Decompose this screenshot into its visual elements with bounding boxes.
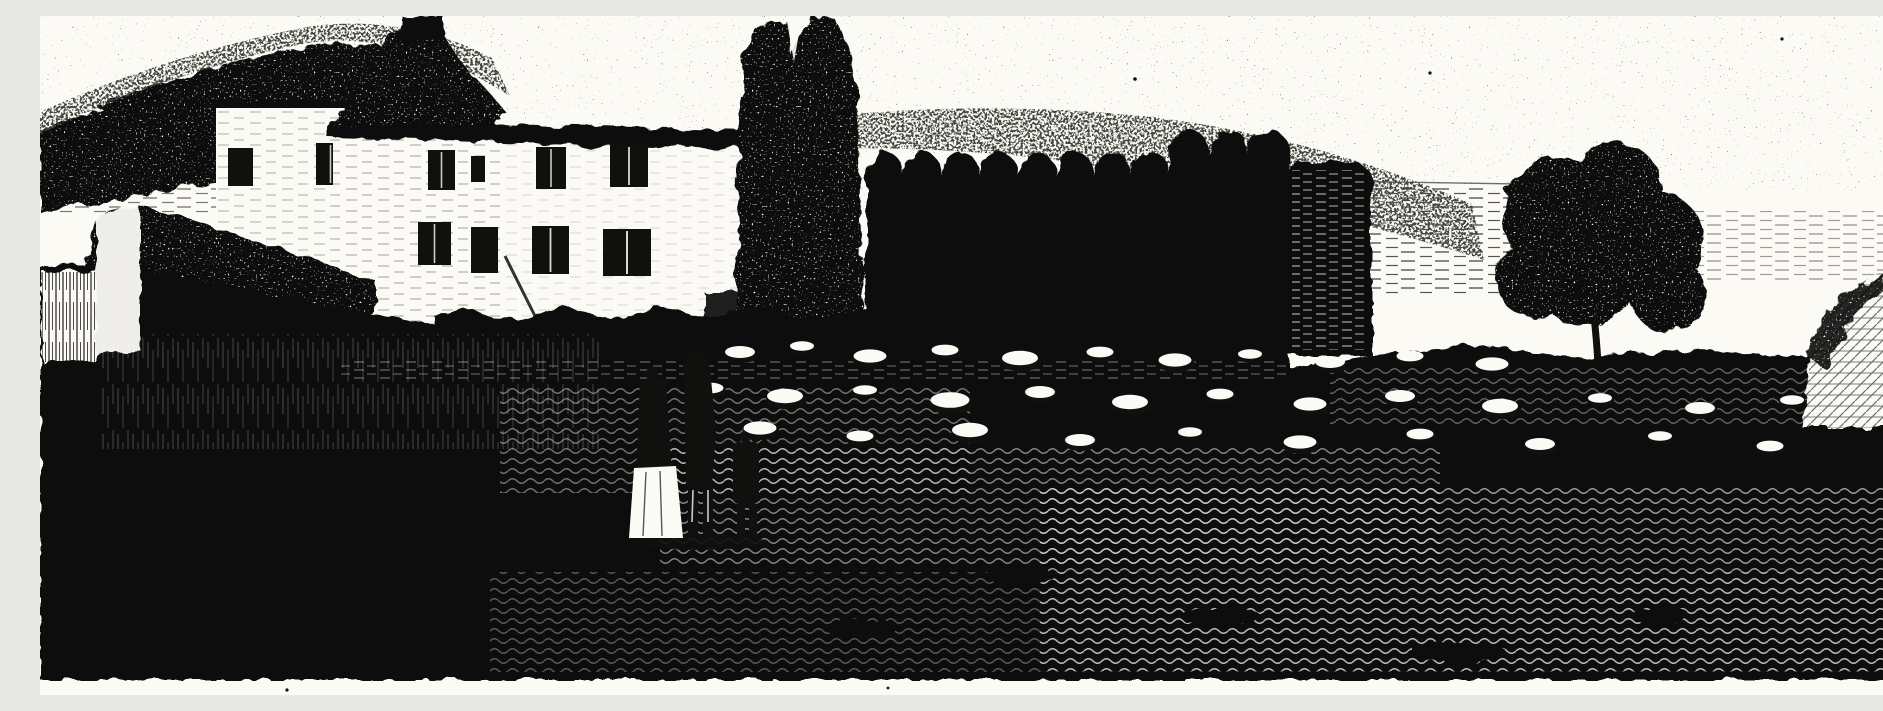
- woman-skirt: [629, 466, 683, 538]
- tower-courses: [1292, 170, 1366, 350]
- hat-brim: [683, 363, 709, 367]
- man-coat: [684, 368, 716, 486]
- woman-bonnet: [646, 368, 659, 381]
- plate-speck: [285, 688, 288, 691]
- bottom-paper-margin: [40, 681, 1883, 695]
- child-leg: [749, 504, 757, 538]
- engraving-image: Antique black-and-white line engraving: …: [40, 16, 1883, 695]
- plate-speck: [887, 687, 890, 690]
- breeches-highlight: [692, 490, 693, 522]
- window-shutter: [228, 148, 253, 186]
- sky-speck: [1780, 37, 1783, 40]
- woman-bodice: [636, 380, 672, 474]
- sky-speck: [1133, 77, 1137, 81]
- window-shutter: [471, 227, 498, 273]
- top-hat: [687, 352, 705, 364]
- child-head: [740, 432, 751, 443]
- chimney: [402, 16, 444, 40]
- haystack: [42, 272, 96, 362]
- sky-speck: [1428, 71, 1431, 74]
- round-tower: [1286, 162, 1372, 356]
- engraving-plate: Antique black-and-white line engraving: …: [40, 16, 1883, 695]
- child-body: [733, 442, 759, 504]
- ruined-tower: [736, 16, 866, 350]
- window-shutter: [471, 156, 485, 182]
- child-leg: [737, 504, 745, 538]
- barn-gable-end: [96, 206, 140, 354]
